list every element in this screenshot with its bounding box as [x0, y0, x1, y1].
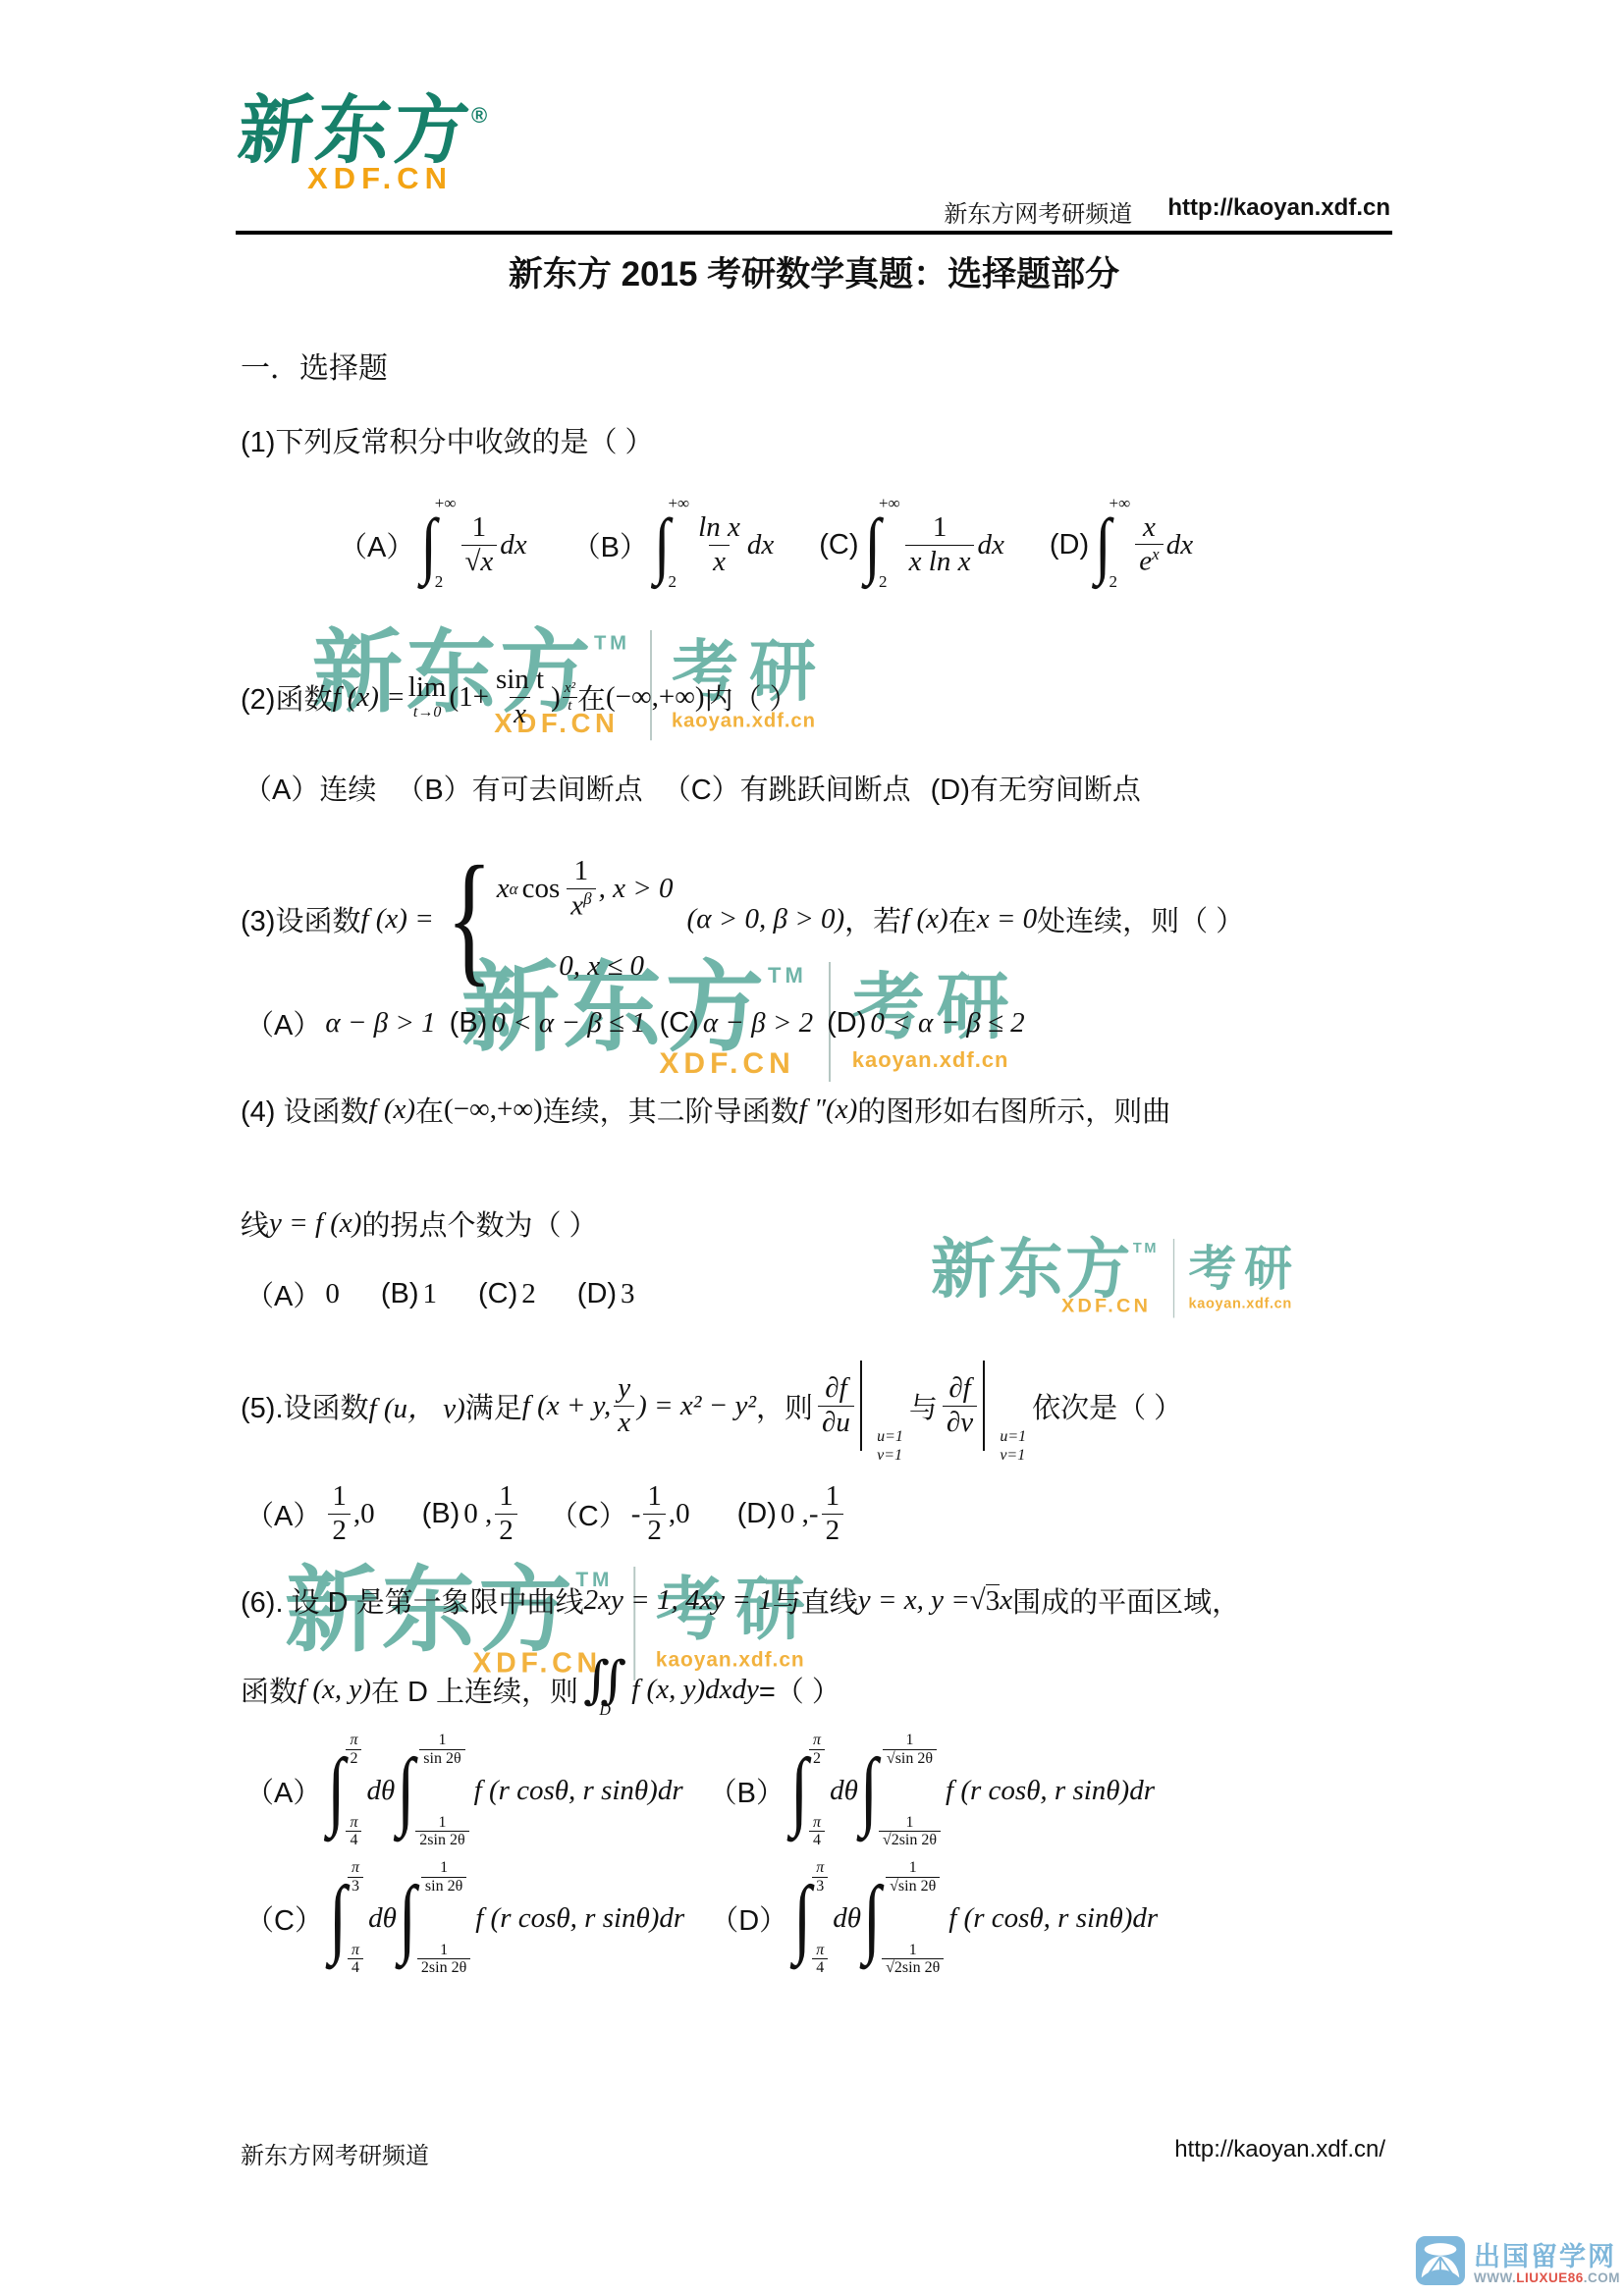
option-1a: （A） ∫+∞2 1√x dx: [339, 500, 527, 590]
integral-sign: ∫: [793, 1874, 811, 1961]
option-label: （B）: [572, 525, 648, 565]
question-2-stem: (2)函数 f (x) = limt→0 (1+ sin tx ) x²t 在 …: [241, 636, 798, 758]
question-6-line2: 函数 f (x, y) 在 D 上连续，则 ∬D f (x, y)dxdy =（…: [241, 1651, 840, 1728]
footer-url: http://kaoyan.xdf.cn/: [1174, 2136, 1385, 2170]
option-1c: (C) ∫+∞2 1x ln x dx: [819, 500, 1004, 590]
integral: ∫+∞2: [420, 500, 456, 590]
option-2a: （A）连续: [244, 768, 376, 808]
liuxue-url: WWW.LIUXUE86.COM: [1474, 2271, 1620, 2285]
partial-derivative: ∂f∂u u=1v=1: [815, 1361, 907, 1451]
question-1-stem: (1)下列反常积分中收敛的是（ ）: [241, 420, 654, 460]
option-2d: (D)有无穷间断点: [931, 768, 1141, 808]
fraction: 1x ln x: [905, 511, 975, 578]
fraction: xex: [1135, 511, 1163, 578]
header-rule: [236, 231, 1392, 235]
header-url: http://kaoyan.xdf.cn: [1167, 194, 1390, 229]
option-label: (D): [1050, 529, 1089, 561]
option-label: （A）: [339, 525, 414, 565]
option-1d: (D) ∫+∞2 xex dx: [1050, 500, 1193, 590]
question-6-options-row2: （C） ∫π3π4 dθ ∫1sin 2θ12sin 2θ f (r cosθ,…: [245, 1855, 1158, 1981]
section-heading: 一．选择题: [241, 344, 388, 387]
integral-sign: ∫: [863, 1874, 881, 1961]
xdf-logo-text: 新东方: [235, 94, 475, 169]
fraction: ln xx: [694, 511, 744, 578]
header-channel: 新东方网考研频道: [944, 194, 1132, 229]
option-4c: (C)2: [478, 1278, 536, 1310]
integral-sign: ∫: [420, 508, 436, 582]
option-3c: (C)α − β > 2: [660, 1007, 814, 1040]
integral-sign: ∫: [1095, 508, 1110, 582]
integral: ∫+∞2: [865, 500, 900, 590]
watermark-domain: XDF.CN: [1061, 1295, 1151, 1316]
integral: ∫1sin 2θ12sin 2θ: [399, 1859, 473, 1977]
xdf-logo: 新东方® XDF.CN: [239, 94, 487, 193]
integral: ∫π2π4: [327, 1732, 364, 1849]
double-integral-sign: ∬: [583, 1661, 626, 1702]
evaluation-bar: [860, 1361, 862, 1451]
radical: √: [970, 1584, 986, 1617]
option-4b: (B)1: [381, 1278, 437, 1310]
question-6-line1: (6). 设 D 是第一象限中曲线 2xy = 1, 4xy = 1 与直线 y…: [241, 1580, 1240, 1621]
integral: ∫1√sin 2θ1√2sin 2θ: [863, 1859, 947, 1977]
brace: {: [446, 856, 492, 982]
watermark-divider: [1173, 1239, 1174, 1318]
limit: limt→0: [408, 673, 447, 721]
question-2-options: （A）连续 （B）有可去间断点 （C）有跳跃间断点 (D)有无穷间断点: [244, 768, 1161, 808]
watermark-domain: XDF.CN: [659, 1047, 794, 1081]
watermark-kaoyan-domain: kaoyan.xdf.cn: [852, 1047, 1009, 1073]
integral-sign: ∫: [790, 1746, 808, 1834]
question-5-stem: (5).设函数 f (u， v) 满足 f (x + y, yx ) = x² …: [241, 1341, 1182, 1470]
double-integral: ∬D: [583, 1661, 626, 1717]
liuxue-logo-icon: [1415, 2235, 1466, 2294]
page-footer: 新东方网考研频道 http://kaoyan.xdf.cn/: [241, 2136, 1385, 2170]
option-4a: （A）0: [245, 1274, 340, 1314]
integral-sign: ∫: [397, 1746, 414, 1834]
liuxue-badge: 出国留学网 WWW.LIUXUE86.COM: [1415, 2235, 1620, 2294]
option-2c: （C）有跳跃间断点: [663, 768, 911, 808]
option-5c: （C）-12,0: [550, 1480, 690, 1547]
question-3-stem: (3)设函数 f (x) = { xα cos 1xβ , x > 0 0, x…: [241, 836, 1244, 1001]
question-6-options-row1: （A） ∫π2π4 dθ ∫1sin 2θ12sin 2θ f (r cosθ,…: [245, 1728, 1155, 1853]
option-2b: （B）有可去间断点: [396, 768, 642, 808]
option-6d: （D） ∫π3π4 dθ ∫1√sin 2θ1√2sin 2θ f (r cos…: [710, 1859, 1158, 1977]
option-4d: (D)3: [577, 1278, 635, 1310]
integral: ∫π3π4: [793, 1859, 831, 1977]
integral-sign: ∫: [329, 1874, 347, 1961]
tm-mark: TM: [1133, 1240, 1159, 1256]
evaluation-bar: [983, 1361, 985, 1451]
integral: ∫π2π4: [790, 1732, 828, 1849]
watermark-kaoyan-domain: kaoyan.xdf.cn: [1189, 1295, 1292, 1311]
integral: ∫+∞2: [1095, 500, 1130, 590]
option-6b: （B） ∫π2π4 dθ ∫1√sin 2θ1√2sin 2θ f (r cos…: [709, 1732, 1155, 1849]
option-5d: (D)0 ,-12: [737, 1480, 846, 1547]
option-5b: (B)0 ,12: [422, 1480, 520, 1547]
integral: ∫1sin 2θ12sin 2θ: [397, 1732, 471, 1849]
question-3-options: （A）α − β > 1 (B)0 < α − β ≤ 1 (C)α − β >…: [245, 1003, 1025, 1043]
page-header: 新东方网考研频道 http://kaoyan.xdf.cn: [944, 194, 1390, 229]
document-page: 新东方® XDF.CN 新东方网考研频道 http://kaoyan.xdf.c…: [0, 0, 1624, 2296]
integral-sign: ∫: [399, 1874, 416, 1961]
integral: ∫π3π4: [329, 1859, 366, 1977]
option-3a: （A）α − β > 1: [245, 1003, 436, 1043]
fraction: yx: [614, 1372, 634, 1439]
question-5-options: （A）12,0 (B)0 ,12 （C）-12,0 (D)0 ,-12: [245, 1465, 846, 1563]
watermark-brand: 新东方TM: [931, 1239, 1159, 1301]
integral-sign: ∫: [327, 1746, 345, 1834]
question-4-options: （A）0 (B)1 (C)2 (D)3: [245, 1274, 635, 1314]
liuxue-name: 出国留学网: [1474, 2244, 1620, 2271]
footer-channel: 新东方网考研频道: [241, 2136, 429, 2170]
fraction: 1xβ: [567, 855, 595, 922]
partial-derivative: ∂f∂v u=1v=1: [940, 1361, 1030, 1451]
option-3b: (B)0 < α − β ≤ 1: [450, 1007, 646, 1040]
integral-sign: ∫: [865, 508, 881, 582]
page-title: 新东方 2015 考研数学真题：选择题部分: [236, 247, 1392, 296]
option-label: (C): [819, 529, 858, 561]
fraction: sin tx: [492, 664, 548, 730]
question-4-line1: (4) 设函数f (x)在(−∞,+∞)连续，其二阶导函数f ″(x)的图形如右…: [241, 1090, 1170, 1130]
piecewise-cases: { xα cos 1xβ , x > 0 0, x ≤ 0: [434, 855, 674, 982]
integral: ∫1√sin 2θ1√2sin 2θ: [860, 1732, 944, 1849]
option-3d: (D)0 < α − β ≤ 2: [827, 1007, 1025, 1040]
question-4-line2: 线y = f (x)的拐点个数为（ ）: [241, 1203, 598, 1244]
watermark: 新东方TMXDF.CN 考研kaoyan.xdf.cn: [931, 1239, 1300, 1318]
integral-sign: ∫: [860, 1746, 878, 1834]
option-6c: （C） ∫π3π4 dθ ∫1sin 2θ12sin 2θ f (r cosθ,…: [245, 1859, 684, 1977]
option-1b: （B） ∫+∞2 ln xx dx: [572, 500, 775, 590]
integral-sign: ∫: [654, 508, 670, 582]
exponent-fraction: x²t: [563, 680, 577, 714]
option-5a: （A）12,0: [245, 1480, 375, 1547]
fraction: 1√x: [461, 511, 498, 578]
watermark-kaoyan: 考研: [1189, 1245, 1301, 1293]
option-6a: （A） ∫π2π4 dθ ∫1sin 2θ12sin 2θ f (r cosθ,…: [245, 1732, 683, 1849]
question-1-options: （A） ∫+∞2 1√x dx （B） ∫+∞2 ln xx dx (C) ∫+…: [339, 491, 1238, 599]
integral: ∫+∞2: [654, 500, 689, 590]
